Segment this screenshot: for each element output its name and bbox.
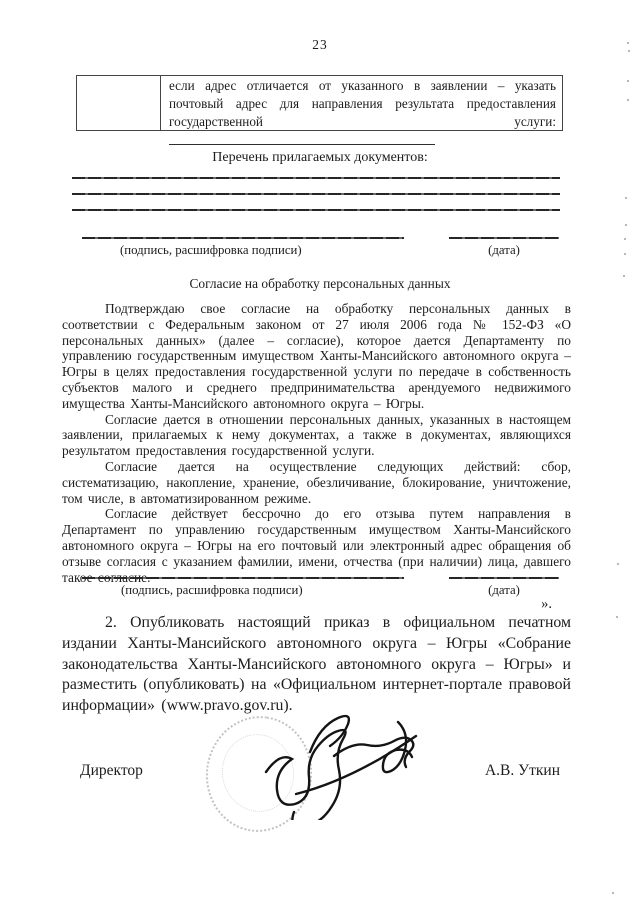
attachments-heading: Перечень прилагаемых документов: (0, 150, 640, 166)
handwritten-signature-icon (252, 708, 432, 820)
signature-caption-top: (подпись, расшифровка подписи) (120, 243, 302, 258)
postal-address-instruction: если адрес отличается от указанного в за… (169, 78, 556, 129)
scan-speck (612, 892, 614, 894)
consent-paragraph: Подтверждаю свое согласие на обработку п… (62, 301, 571, 412)
signature-line-top (82, 237, 404, 239)
scan-speck (627, 42, 629, 44)
table-cell-empty (77, 76, 161, 130)
scan-speck (627, 80, 629, 82)
signature-line-bottom (82, 577, 404, 579)
postal-address-blank-field (169, 132, 435, 145)
scan-speck (624, 253, 626, 255)
scan-speck (625, 224, 627, 226)
attachments-blank-line-3 (72, 209, 560, 211)
date-line-bottom (449, 577, 559, 579)
order-publish-paragraph: 2. Опубликовать настоящий приказ в офици… (62, 613, 571, 717)
table-cell-postal-address: если адрес отличается от указанного в за… (161, 76, 562, 130)
scan-speck (627, 99, 629, 101)
scan-speck (624, 238, 626, 240)
consent-paragraph: Согласие дается на осуществление следующ… (62, 459, 571, 506)
scan-speck (617, 563, 619, 565)
consent-paragraph: Согласие дается в отношении персональных… (62, 412, 571, 459)
scan-speck (628, 50, 630, 52)
document-page: 23 если адрес отличается от указанного в… (0, 0, 640, 905)
page-number: 23 (0, 37, 640, 53)
consent-paragraph: Согласие действует бессрочно до его отзы… (62, 506, 571, 585)
signoff-name: А.В. Уткин (460, 762, 560, 780)
closing-quote-mark: ». (460, 596, 552, 613)
consent-heading: Согласие на обработку персональных данны… (0, 276, 640, 292)
scan-speck (623, 275, 625, 277)
date-line-top (449, 237, 559, 239)
scan-speck (616, 616, 618, 618)
address-form-table: если адрес отличается от указанного в за… (76, 75, 563, 131)
signoff-position-title: Директор (80, 762, 143, 780)
consent-body: Подтверждаю свое согласие на обработку п… (62, 301, 571, 585)
attachments-blank-line-2 (72, 193, 560, 195)
signature-caption-bottom: (подпись, расшифровка подписи) (121, 583, 303, 598)
date-caption-top: (дата) (449, 243, 559, 258)
scan-speck (625, 197, 627, 199)
attachments-blank-line-1 (72, 177, 560, 179)
